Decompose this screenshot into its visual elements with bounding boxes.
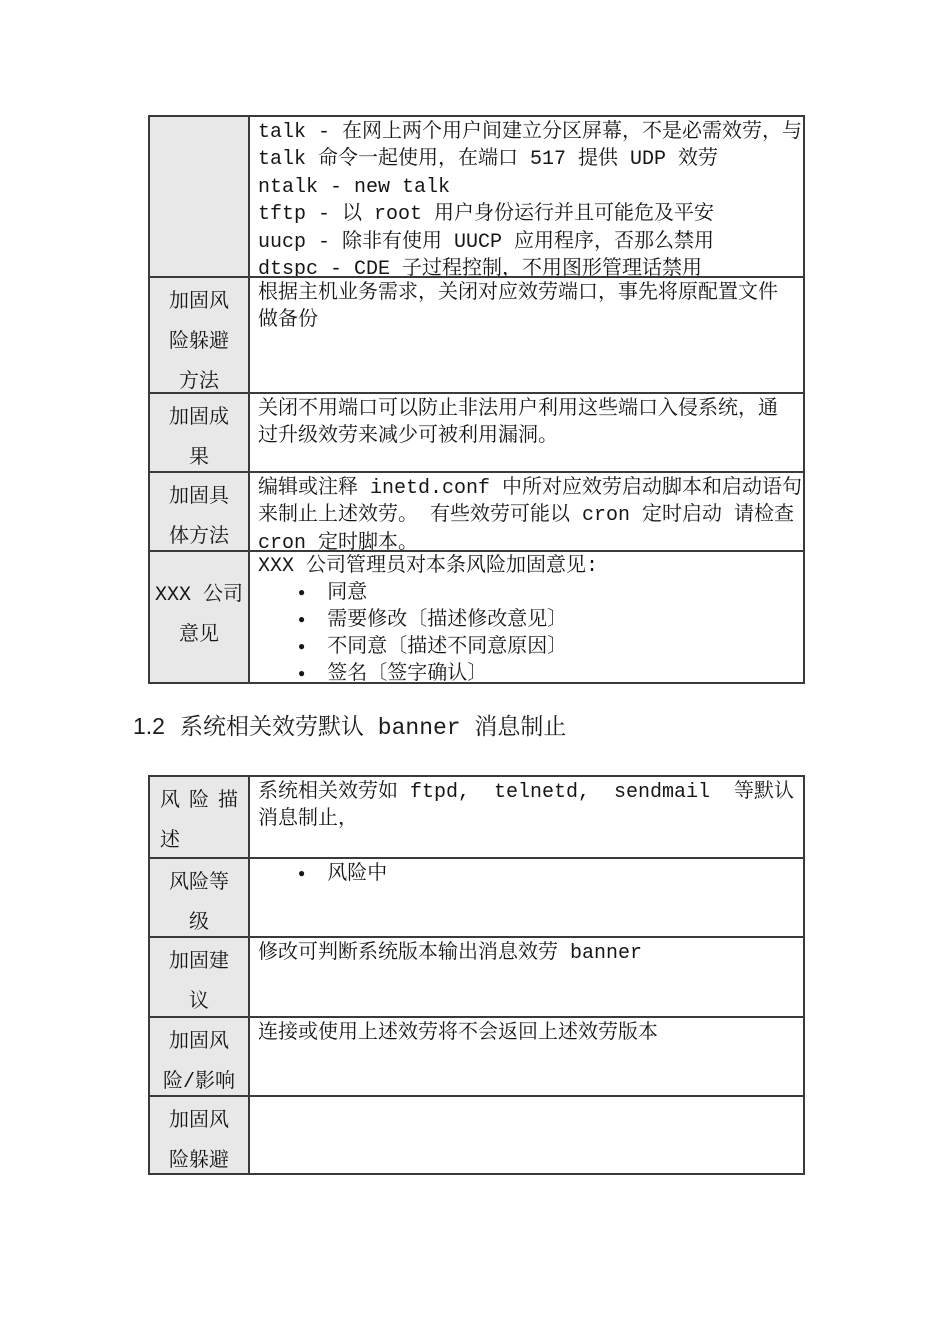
document-page: talk - 在网上两个用户间建立分区屏幕，不是必需效劳，与 talk 命令一起…: [0, 0, 950, 1341]
row-label: XXX 公司 意见: [150, 552, 250, 682]
table-row: 风险等 级 风险中: [150, 857, 803, 936]
row-label-line: 险/影响: [150, 1063, 248, 1095]
content-line: 编辑或注释 inetd.conf 中所对应效劳启动脚本和启动语句: [258, 475, 799, 502]
section-heading: 1.2系统相关效劳默认 banner 消息制止: [133, 711, 566, 743]
row-label-line: 述: [150, 822, 248, 857]
row-content: 修改可判断系统版本输出消息效劳 banner: [250, 938, 803, 1016]
table-row: 加固风 险躲避: [150, 1095, 803, 1173]
content-line: talk - 在网上两个用户间建立分区屏幕，不是必需效劳，与: [258, 119, 799, 146]
row-content: 系统相关效劳如 ftpd, telnetd, sendmail 等默认 bann…: [250, 777, 803, 857]
hardening-table-1: talk - 在网上两个用户间建立分区屏幕，不是必需效劳，与 talk 命令一起…: [148, 115, 805, 684]
content-line: 关闭不用端口可以防止非法用户利用这些端口入侵系统，通: [258, 396, 799, 423]
row-content: XXX 公司管理员对本条风险加固意见: 同意 需要修改〔描述修改意见〕 不同意〔…: [250, 552, 803, 682]
row-label-line: 险躲避: [150, 1142, 248, 1173]
content-line: XXX 公司管理员对本条风险加固意见:: [258, 554, 799, 580]
row-label: 加固风 险躲避 方法: [150, 278, 250, 392]
content-line: tftp - 以 root 用户身份运行并且可能危及平安: [258, 201, 799, 228]
content-line: 过升级效劳来减少可被利用漏洞。: [258, 423, 799, 450]
content-line: talk 命令一起使用，在端口 517 提供 UDP 效劳: [258, 146, 799, 173]
row-label: 加固风 险躲避: [150, 1097, 250, 1173]
bullet-item: 需要修改〔描述修改意见〕: [258, 607, 799, 634]
row-label-line: 险躲避: [150, 323, 248, 363]
row-label-line: 方法: [150, 363, 248, 392]
table-row: 加固风 险躲避 方法 根据主机业务需求，关闭对应效劳端口，事先将原配置文件 做备…: [150, 276, 803, 392]
table-row: 风险描 述 系统相关效劳如 ftpd, telnetd, sendmail 等默…: [150, 777, 803, 857]
content-line: uucp - 除非有使用 UUCP 应用程序，否那么禁用: [258, 229, 799, 256]
table-row: 加固建 议 修改可判断系统版本输出消息效劳 banner: [150, 936, 803, 1016]
content-line: 系统相关效劳如 ftpd, telnetd, sendmail 等默认 bann…: [258, 779, 799, 806]
table-row: XXX 公司 意见 XXX 公司管理员对本条风险加固意见: 同意 需要修改〔描述…: [150, 550, 803, 682]
table-row: talk - 在网上两个用户间建立分区屏幕，不是必需效劳，与 talk 命令一起…: [150, 117, 803, 276]
row-content: 关闭不用端口可以防止非法用户利用这些端口入侵系统，通 过升级效劳来减少可被利用漏…: [250, 394, 803, 471]
row-content: 编辑或注释 inetd.conf 中所对应效劳启动脚本和启动语句 来制止上述效劳…: [250, 473, 803, 550]
row-label: 加固成 果: [150, 394, 250, 471]
row-content: talk - 在网上两个用户间建立分区屏幕，不是必需效劳，与 talk 命令一起…: [250, 117, 803, 276]
content-line: 来制止上述效劳。 有些效劳可能以 cron 定时启动 请检查: [258, 502, 799, 529]
row-label-line: 加固风: [150, 1102, 248, 1142]
content-line: dtspc - CDE 子过程控制，不用图形管理话禁用: [258, 256, 799, 276]
row-label: 加固建 议: [150, 938, 250, 1016]
row-label-line: 议: [150, 983, 248, 1016]
bullet-item: 风险中: [258, 861, 799, 888]
row-label-line: 加固成: [150, 399, 248, 439]
row-label: 加固风 险/影响: [150, 1018, 250, 1095]
row-content: 根据主机业务需求，关闭对应效劳端口，事先将原配置文件 做备份: [250, 278, 803, 392]
row-label: 风险描 述: [150, 777, 250, 857]
row-content-empty: [250, 1097, 803, 1173]
row-label-line: 加固建: [150, 943, 248, 983]
table-row: 加固具 体方法 编辑或注释 inetd.conf 中所对应效劳启动脚本和启动语句…: [150, 471, 803, 550]
content-line: 根据主机业务需求，关闭对应效劳端口，事先将原配置文件: [258, 280, 799, 307]
row-label-line: 体方法: [150, 518, 248, 550]
row-label-line: 风险描: [150, 782, 248, 822]
row-label-line: 风险等: [150, 864, 248, 904]
row-label: 加固具 体方法: [150, 473, 250, 550]
content-line: 连接或使用上述效劳将不会返回上述效劳版本: [258, 1020, 799, 1047]
bullet-item: 签名〔签字确认〕: [258, 661, 799, 682]
content-line: ntalk - new talk: [258, 174, 799, 201]
row-label-empty: [150, 117, 250, 276]
row-label-line: 意见: [150, 616, 248, 656]
row-content: 连接或使用上述效劳将不会返回上述效劳版本: [250, 1018, 803, 1095]
row-label-line: 果: [150, 439, 248, 471]
bullet-item: 不同意〔描述不同意原因〕: [258, 634, 799, 661]
row-label-line: 级: [150, 904, 248, 936]
row-content: 风险中: [250, 859, 803, 936]
section-title: 系统相关效劳默认 banner 消息制止: [180, 715, 566, 741]
table-row: 加固成 果 关闭不用端口可以防止非法用户利用这些端口入侵系统，通 过升级效劳来减…: [150, 392, 803, 471]
content-line: 消息制止，: [258, 806, 799, 833]
row-label: 风险等 级: [150, 859, 250, 936]
row-label-line: XXX 公司: [150, 576, 248, 616]
content-line: 做备份: [258, 307, 799, 334]
row-label-line: 加固风: [150, 283, 248, 323]
bullet-item: 同意: [258, 580, 799, 607]
row-label-line: 加固具: [150, 478, 248, 518]
table-row: 加固风 险/影响 连接或使用上述效劳将不会返回上述效劳版本: [150, 1016, 803, 1095]
content-line: cron 定时脚本。: [258, 530, 799, 550]
hardening-table-2: 风险描 述 系统相关效劳如 ftpd, telnetd, sendmail 等默…: [148, 775, 805, 1175]
section-number: 1.2: [133, 713, 165, 739]
content-line: 修改可判断系统版本输出消息效劳 banner: [258, 940, 799, 967]
row-label-line: 加固风: [150, 1023, 248, 1063]
